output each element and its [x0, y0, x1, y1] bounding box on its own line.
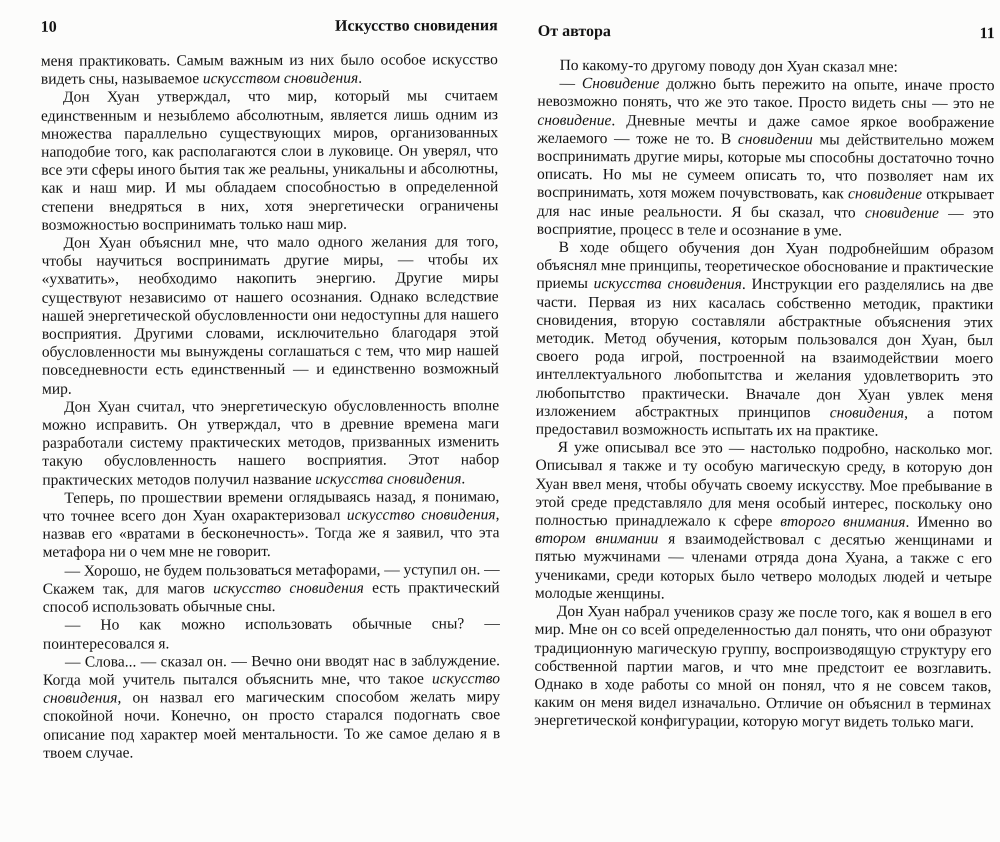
paragraph: По какому-то другому поводу дон Хуан ска… — [538, 57, 995, 78]
scanned-book-spread: { "doc": { "left_page": { "page_number":… — [0, 0, 1000, 842]
page-right: От автора 11 По какому-то другому поводу… — [534, 23, 995, 733]
page-body-left: меня практиковать. Самым важным из них б… — [41, 51, 500, 763]
paragraph: Дон Хуан утверждал, что мир, который мы … — [41, 88, 499, 235]
running-title-left: Искусство сновидения — [335, 17, 498, 36]
paragraph: Дон Хуан считал, что энергетическую обус… — [42, 397, 499, 490]
page-header-left: 10 Искусство сновидения — [41, 17, 498, 37]
paragraph: — Сновидение должно быть пережито на опы… — [537, 75, 995, 241]
paragraph: — Но как можно использовать обычные сны?… — [43, 615, 500, 653]
page-number-left: 10 — [41, 19, 57, 37]
page-header-right: От автора 11 — [538, 23, 995, 43]
paragraph: — Хорошо, не будем пользоваться метафора… — [43, 561, 500, 617]
paragraph: меня практиковать. Самым важным из них б… — [41, 51, 498, 89]
paragraph: Теперь, по прошествии времени оглядываяс… — [42, 488, 499, 562]
paragraph: В ходе общего обучения дон Хуан подробне… — [536, 239, 994, 442]
paragraph: — Слова... — сказал он. — Вечно они ввод… — [43, 652, 500, 763]
paragraph: Дон Хуан набрал учеников сразу же после … — [534, 603, 992, 733]
paragraph: Дон Хуан объяснил мне, что мало одного ж… — [41, 233, 499, 398]
page-number-right: 11 — [980, 25, 995, 43]
paragraph: Я уже описывал все это — настолько подро… — [535, 439, 993, 605]
page-left: 10 Искусство сновидения меня практиковат… — [41, 17, 501, 763]
page-body-right: По какому-то другому поводу дон Хуан ска… — [534, 57, 995, 733]
running-title-right: От автора — [538, 23, 611, 41]
book-spread: 10 Искусство сновидения меня практиковат… — [0, 0, 1000, 842]
